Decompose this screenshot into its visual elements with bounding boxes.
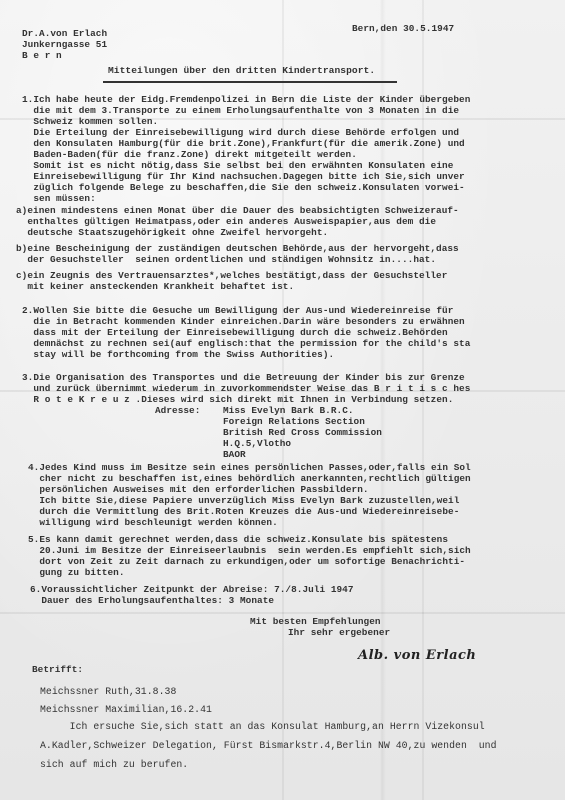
title-underline xyxy=(103,81,397,83)
date-line: Bern,den 30.5.1947 xyxy=(352,24,454,35)
addendum-note-line: Ich ersuche Sie,sich statt an das Konsul… xyxy=(40,719,485,734)
addendum-note-line: A.Kadler,Schweizer Delegation, Fürst Bis… xyxy=(40,738,497,753)
addendum-note-line: sich auf mich zu berufen. xyxy=(40,757,188,772)
section-line: gung zu bitten. xyxy=(28,568,125,579)
person-entry: Meichssner Maximilian,16.2.41 xyxy=(40,702,212,717)
address-label: Adresse: xyxy=(155,406,200,417)
betrifft-label: Betrifft: xyxy=(32,665,83,676)
letter-title: Mitteilungen über den dritten Kindertran… xyxy=(108,66,375,77)
letter-page: Dr.A.von Erlach Junkerngasse 51 B e r n … xyxy=(0,0,565,800)
handwritten-signature: Alb. von Erlach xyxy=(358,648,476,663)
section-line: stay will be forthcoming from the Swiss … xyxy=(22,350,334,361)
section-line: willigung wird beschleunigt werden könne… xyxy=(28,518,278,529)
section-line: sen müssen: xyxy=(22,194,96,205)
sender-city: B e r n xyxy=(22,51,62,62)
person-entry: Meichssner Ruth,31.8.38 xyxy=(40,684,176,699)
section-line: Dauer des Erholungsaufenthaltes: 3 Monat… xyxy=(30,596,274,607)
address-line: BAOR xyxy=(223,450,246,461)
item-c-line: mit keiner ansteckenden Krankheit behaft… xyxy=(16,282,294,293)
item-a-line: deutsche Staatszugehörigkeit ohne Zweife… xyxy=(16,228,328,239)
closing-ergebener: Ihr sehr ergebener xyxy=(288,628,390,639)
item-b-line: der Gesuchsteller seinen ordentlichen un… xyxy=(16,255,436,266)
